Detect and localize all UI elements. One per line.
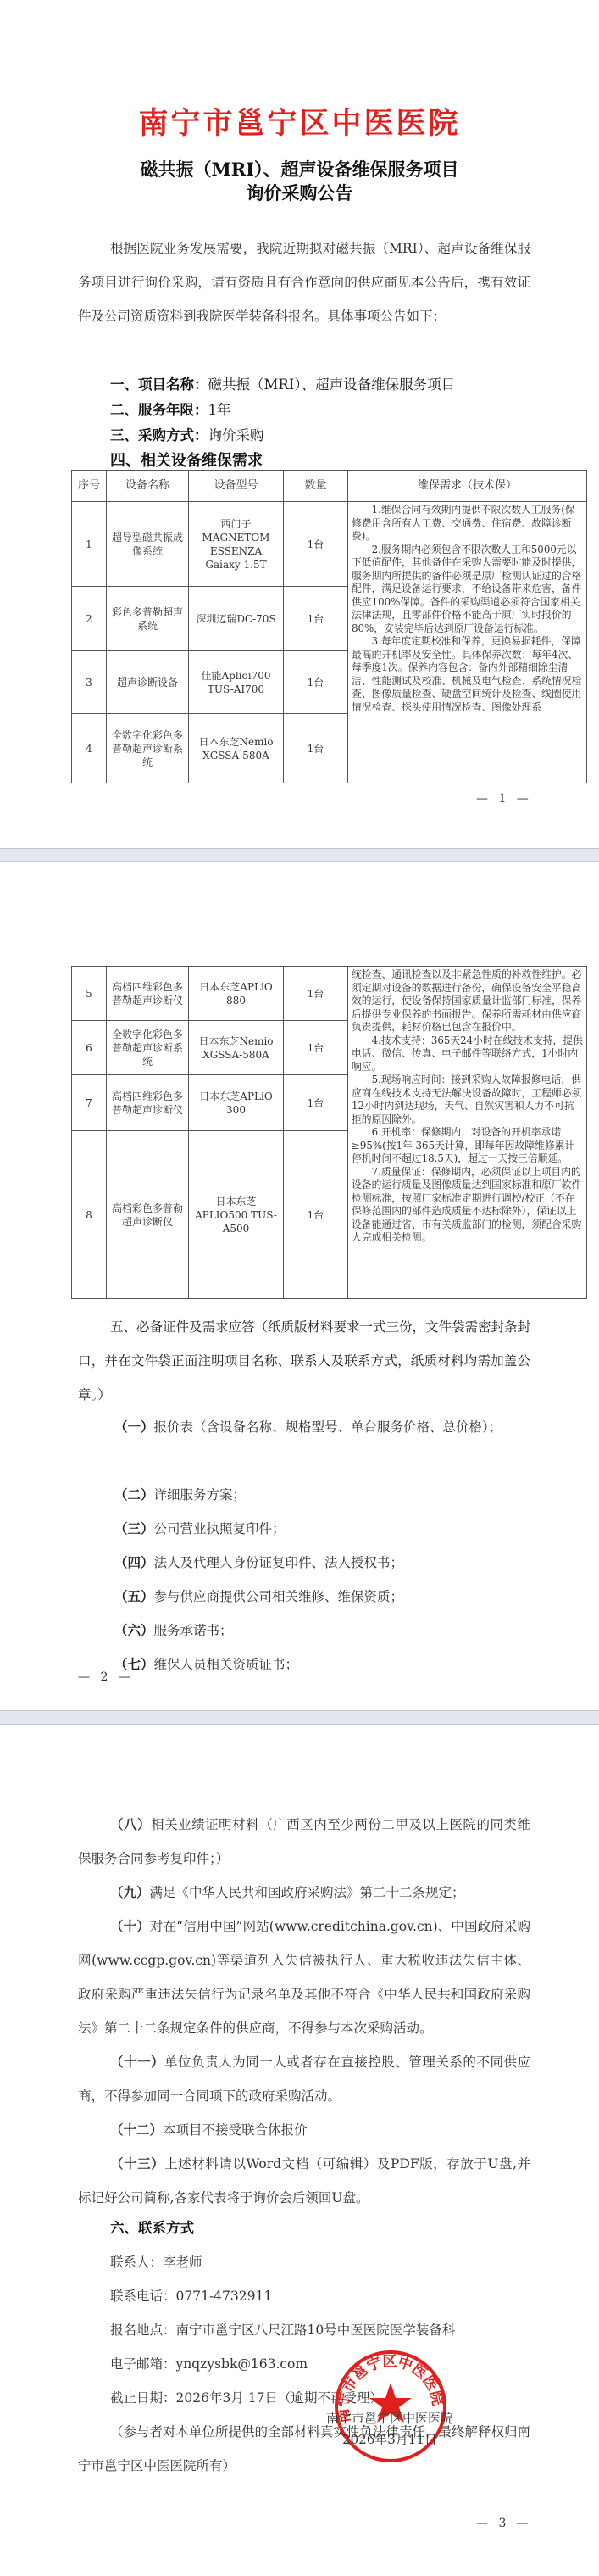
- col-header-no: 序号: [72, 471, 107, 502]
- page-gap: [0, 848, 599, 862]
- doc-title-line1: 磁共振（MRI）、超声设备维保服务项目: [0, 156, 599, 181]
- col-header-name: 设备名称: [107, 471, 189, 502]
- list-item: （十一）单位负责人为同一人或者存在直接控股、管理关系的不同供应商，不得参加同一合…: [78, 2045, 530, 2113]
- contact-phone: 联系电话：0771-4732911: [110, 2279, 272, 2313]
- col-header-qty: 数量: [284, 471, 348, 502]
- page-gap: [0, 1710, 599, 1725]
- page-3: （八）相关业绩证明材料（广西区内至少两份二甲及以上医院的同类维保服务合同参考复印…: [0, 1725, 599, 2576]
- list-item: （二）详细服务方案；: [114, 1478, 246, 1512]
- doc-title-line2: 询价采购公告: [0, 180, 599, 205]
- list-item: （十三）上述材料请以Word文档（可编辑）及PDF版，存放于U盘,并标记好公司简…: [78, 2147, 530, 2215]
- list-item: （一）报价表（含设备名称、规格型号、单台服务价格、总价格）；: [114, 1410, 502, 1444]
- page-2: 5 高档四维彩色多普勒超声诊断仪 日本东芝APLiO 880 1台 统检查、通讯…: [0, 862, 599, 1710]
- col-header-model: 设备型号: [189, 471, 284, 502]
- list-item: （九）满足《中华人民共和国政府采购法》第二十二条规定；: [78, 1876, 530, 1910]
- intro-paragraph: 根据医院业务发展需要，我院近期拟对磁共振（MRI）、超声设备维保服务项目进行询价…: [78, 231, 530, 333]
- page-number: — 3 —: [476, 2517, 532, 2530]
- list-item: （四）法人及代理人身份证复印件、法人授权书；: [114, 1546, 403, 1580]
- section-6-heading: 六、联系方式: [110, 2211, 194, 2245]
- requirements-cell: 1.维保合同有效期内提供不限次数人工服务(保修费用含所有人工费、交通费、住宿费、…: [348, 502, 587, 783]
- list-item: （十）对在“信用中国”网站(www.creditchina.gov.cn)、中国…: [78, 1910, 530, 2045]
- page-number: — 2 —: [78, 1670, 134, 1684]
- equipment-table-page1: 序号 设备名称 设备型号 数量 维保需求（技术保） 1 超导型磁共振成像系统 西…: [71, 470, 587, 783]
- signature-date: 2026年3月11日: [292, 2430, 487, 2448]
- list-item: （七）维保人员相关资质证书；: [114, 1648, 298, 1681]
- hospital-title: 南宁市邕宁区中医医院: [0, 100, 599, 142]
- page-number: — 1 —: [476, 792, 532, 806]
- col-header-requirements: 维保需求（技术保）: [348, 471, 587, 502]
- list-item: （六）服务承诺书；: [114, 1614, 233, 1648]
- table-row: 1 超导型磁共振成像系统 西门子MAGNETOM ESSENZA Gaiaxy …: [72, 502, 587, 587]
- page-1: 南宁市邕宁区中医医院 磁共振（MRI）、超声设备维保服务项目 询价采购公告 根据…: [0, 0, 599, 848]
- requirements-cell: 统检查、通讯检查以及非紧急性质的补救性维护。必须定期对设备的数据进行备份，确保设…: [348, 967, 587, 1299]
- contact-person: 联系人：李老师: [110, 2245, 202, 2279]
- list-item: （八）相关业绩证明材料（广西区内至少两份二甲及以上医院的同类维保服务合同参考复印…: [78, 1808, 530, 1876]
- list-item: （十二）本项目不接受联合体报价: [78, 2113, 530, 2147]
- table-header-row: 序号 设备名称 设备型号 数量 维保需求（技术保）: [72, 471, 587, 502]
- list-item: （三）公司营业执照复印件；: [114, 1512, 286, 1546]
- table-row: 5 高档四维彩色多普勒超声诊断仪 日本东芝APLiO 880 1台 统检查、通讯…: [72, 967, 587, 1021]
- registration-address: 报名地点：南宁市邕宁区八尺江路10号中医医院医学装备科: [110, 2313, 455, 2347]
- contact-email: 电子邮箱：ynqzysbk@163.com: [110, 2347, 308, 2381]
- equipment-table-page2: 5 高档四维彩色多普勒超声诊断仪 日本东芝APLiO 880 1台 统检查、通讯…: [71, 966, 587, 1299]
- section-5-heading: 五、必备证件及需求应答（纸质版材料要求一式三份，文件袋需密封条封口，并在文件袋正…: [78, 1310, 530, 1412]
- signature-org: 南宁市邕宁区中医医院: [292, 2409, 487, 2427]
- list-item: （五）参与供应商提供公司相关维修、维保资质；: [114, 1580, 403, 1614]
